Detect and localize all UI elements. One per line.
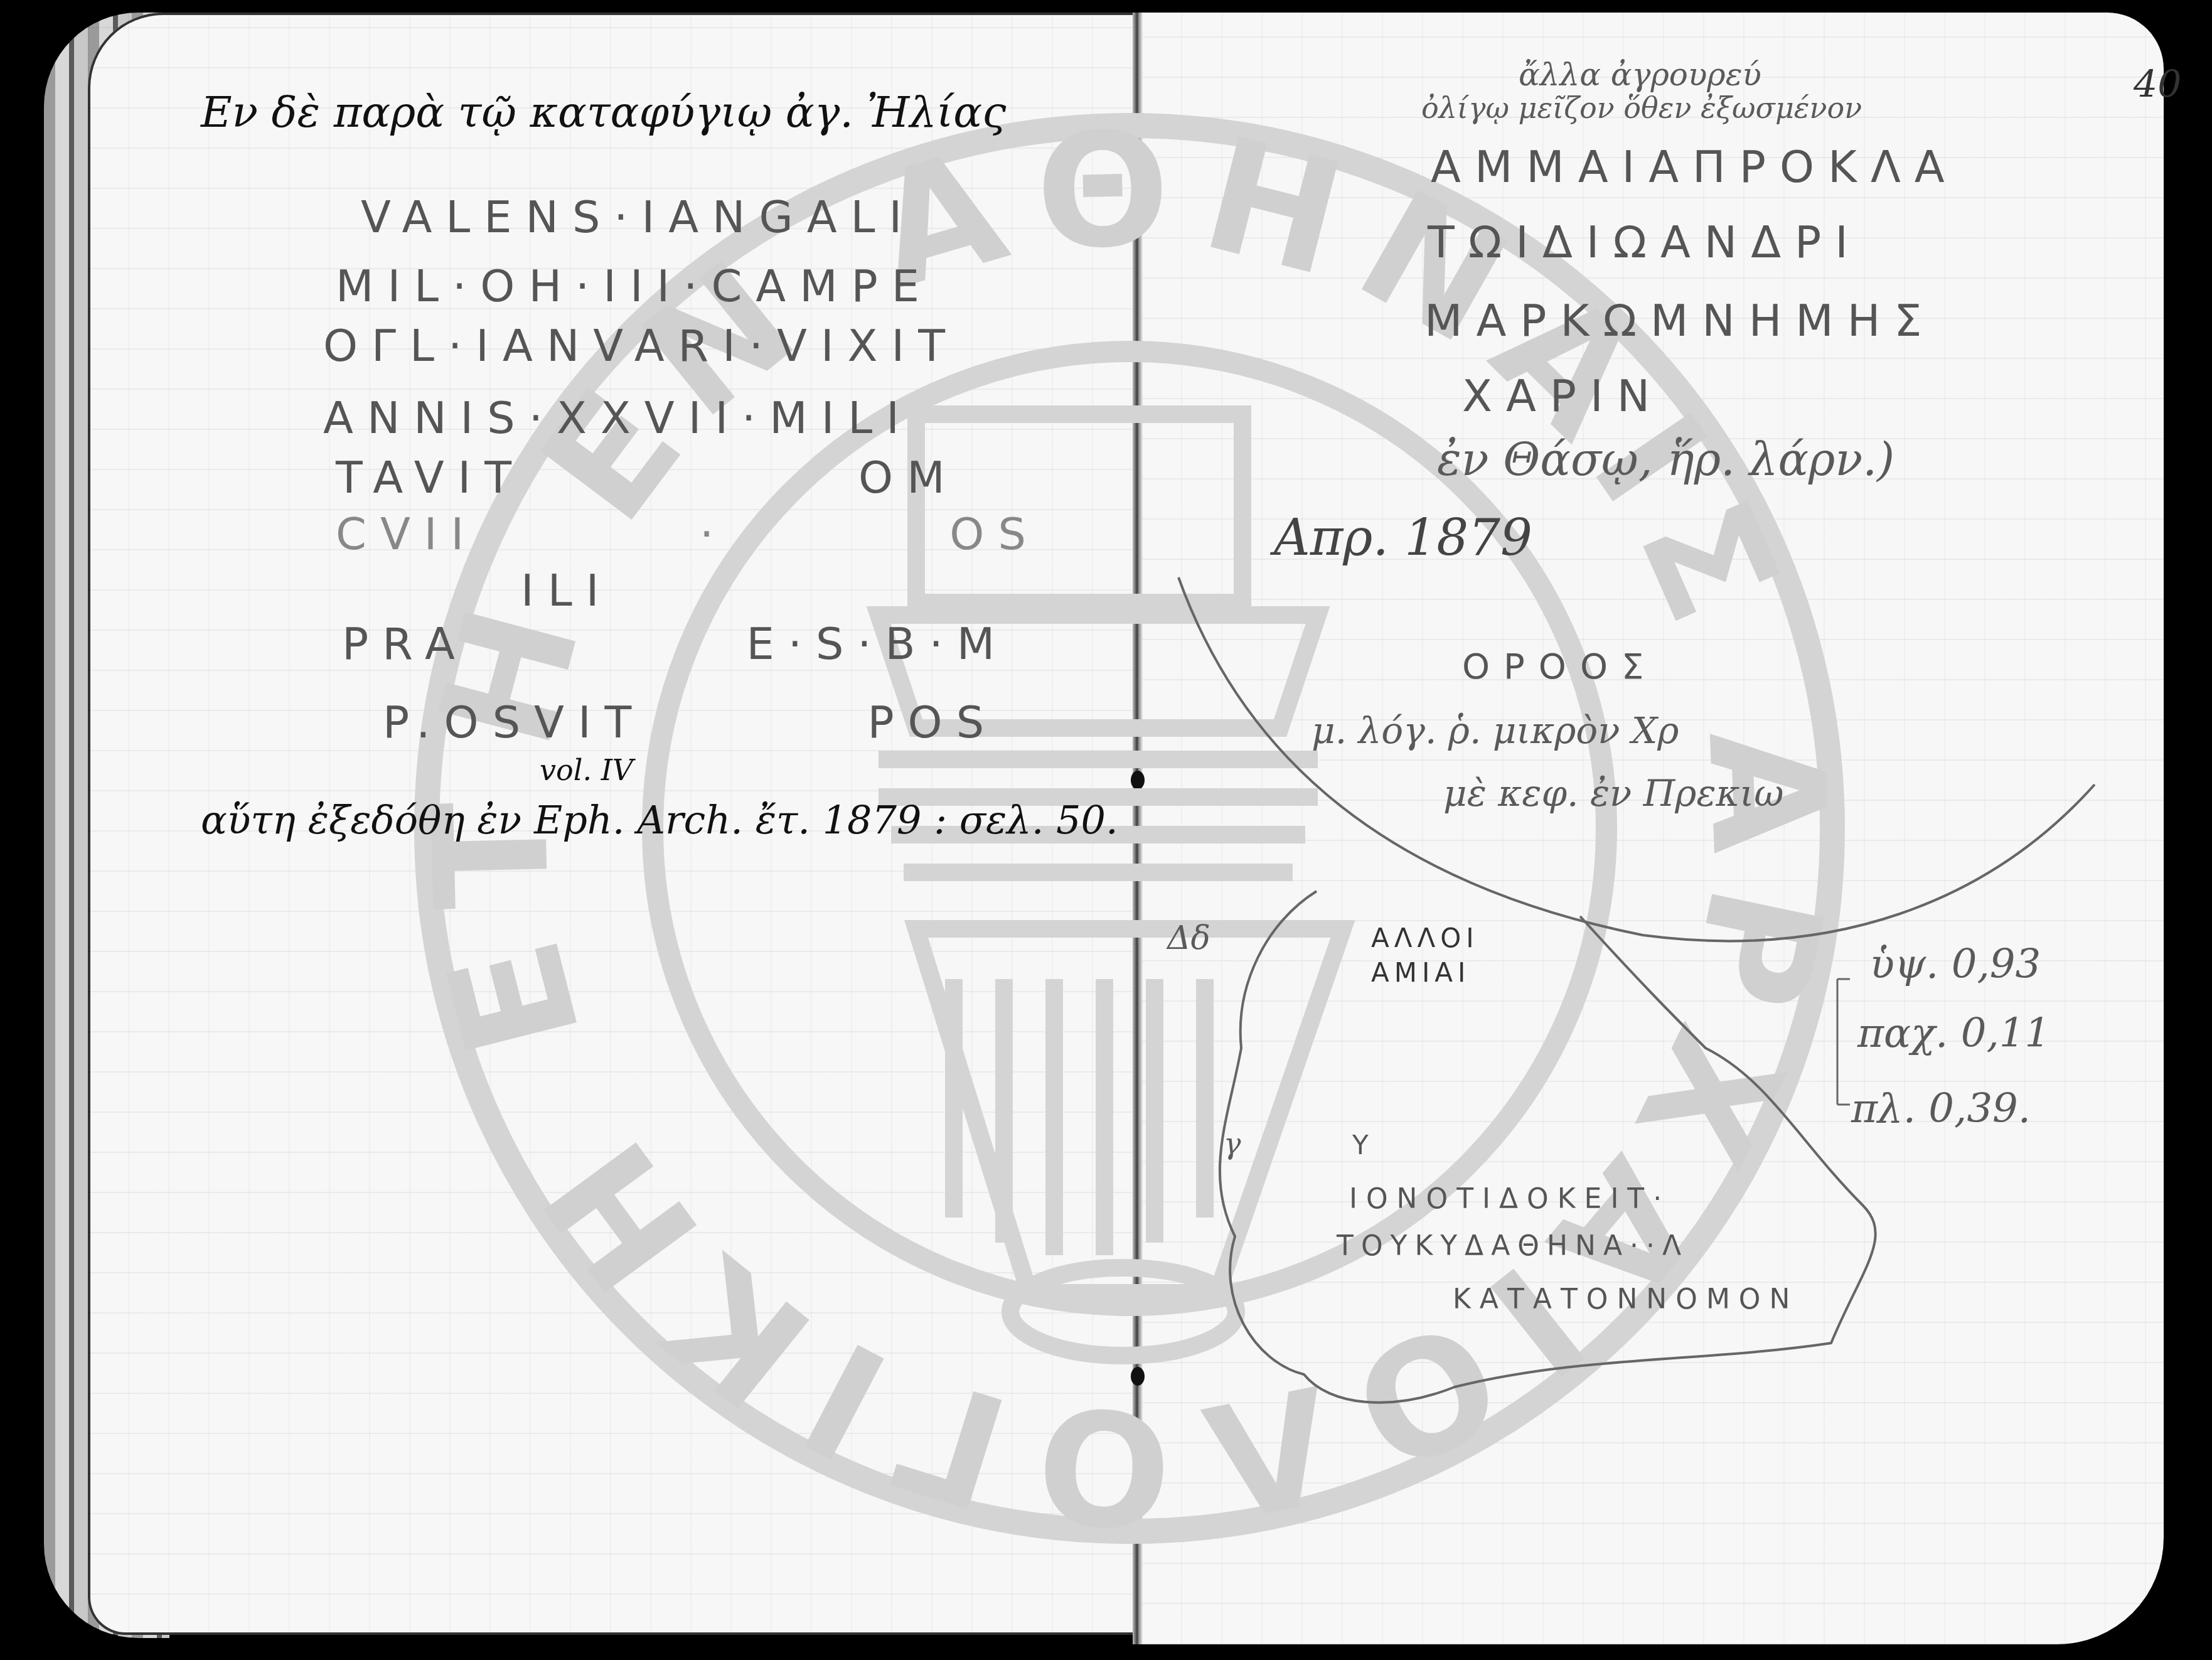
map-label: Δδ: [1167, 919, 1210, 957]
measurement-thickness: παχ. 0,11: [1857, 1010, 2050, 1057]
inscription-line: ΟΓL·IANVARI·VIXIT: [323, 320, 959, 372]
inscription-line: VALENS·IANGALI: [361, 191, 916, 243]
side-mark: γ: [1224, 1127, 1241, 1160]
fragment-line: ΤΟΥΚΥΔΑΘΗΝΑ··Λ: [1337, 1230, 1689, 1262]
measurement-width: πλ. 0,39.: [1851, 1086, 2031, 1132]
measurement-height: ὑψ. 0,93: [1870, 941, 2041, 988]
fragment-line: ΚΑΤΑΤΟΝΝΟΜΟΝ: [1453, 1283, 1798, 1315]
left-heading: Εν δὲ παρὰ τῷ καταφύγιῳ ἀγ. Ἠλίας: [201, 88, 1006, 137]
fragment-line: Υ: [1352, 1130, 1382, 1160]
inscription-line: ANNIS·XXVII·MILI: [323, 392, 913, 444]
fragment-line: ΑΛΛΟΙ: [1371, 923, 1479, 953]
fragment-line: ΑΜΙΑΙ: [1371, 957, 1470, 988]
inscription-line: PRA E·S·B·M: [342, 618, 1008, 670]
inscription-line: P.OSVIT POS: [383, 697, 998, 748]
inscription-line: ILI: [521, 565, 612, 616]
fragment-line: ΙΟΝΟΤΙΔΟΚΕΙΤ·: [1349, 1183, 1670, 1215]
inscription-line: TAVIT OM: [336, 452, 959, 503]
note-superscript: vol. IV: [540, 753, 633, 787]
inscription-line: MIL·OH·III·CAMPE: [336, 260, 933, 312]
publication-note: αὕτη ἐξεδόθη ἐν Eph. Arch. ἔτ. 1879 : σε…: [201, 797, 1118, 843]
inscription-line: CVII · OS: [336, 508, 1040, 560]
fragment-outline: [1141, 13, 2164, 1644]
